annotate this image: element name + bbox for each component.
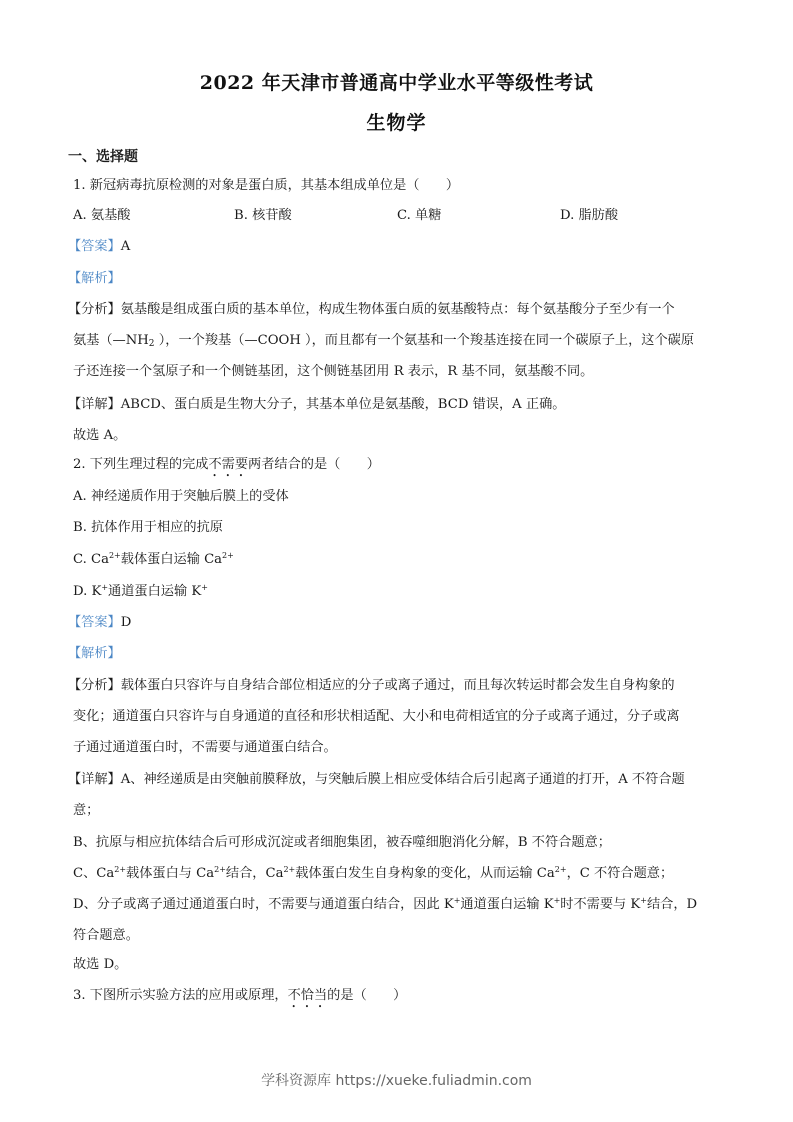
answer-value: D — [121, 615, 132, 630]
q1-conclusion: 故选 A。 — [73, 427, 126, 445]
xiangjie-label: 【详解】 — [68, 772, 121, 787]
fenxi-label: 【分析】 — [68, 302, 121, 317]
q2-option-b: B. 抗体作用于相应的抗原 — [73, 519, 223, 537]
q2-xiangjie-c: C、Ca2+载体蛋白与 Ca2+结合，Ca2+载体蛋白发生自身构象的变化，从而运… — [73, 865, 673, 883]
q2-option-a: A. 神经递质作用于突触后膜上的受体 — [73, 488, 289, 506]
q2-fenxi-line-1: 【分析】载体蛋白只容许与自身结合部位相适应的分子或离子通过，而且每次转运时都会发… — [68, 677, 675, 695]
emphasis-text: 不需要 — [208, 457, 248, 472]
q1-fenxi-line-1: 【分析】氨基酸是组成蛋白质的基本单位，构成生物体蛋白质的氨基酸特点：每个氨基酸分… — [68, 301, 675, 319]
section-heading: 一、选择题 — [68, 148, 138, 166]
q1-answer: 【答案】A — [68, 238, 130, 256]
exam-subject: 生物学 — [0, 108, 793, 135]
q1-option-c: C. 单糖 — [397, 207, 441, 225]
q1-xiangjie: 【详解】ABCD、蛋白质是生物大分子，其基本单位是氨基酸，BCD 错误，A 正确… — [68, 396, 565, 414]
q1-option-d: D. 脂肪酸 — [560, 207, 618, 225]
q2-xiangjie-a-cont: 意； — [73, 802, 99, 820]
answer-label: 【答案】 — [68, 615, 121, 630]
q1-fenxi-line-2: 氨基（—NH2 ），一个羧基（—COOH ），而且都有一个氨基和一个羧基连接在同… — [73, 332, 694, 350]
q2-xiangjie-d: D、分子或离子通过通道蛋白时，不需要与通道蛋白结合，因此 K+通道蛋白运输 K+… — [73, 896, 697, 914]
q3-stem: 3. 下图所示实验方法的应用或原理，不恰当的是（ ） — [73, 987, 406, 1011]
q2-xiangjie-b: B、抗原与相应抗体结合后可形成沉淀或者细胞集团，被吞噬细胞消化分解，B 不符合题… — [73, 834, 611, 852]
exam-title: 2022 年天津市普通高中学业水平等级性考试 — [0, 68, 793, 95]
q2-answer: 【答案】D — [68, 614, 131, 632]
q2-conclusion: 故选 D。 — [73, 956, 127, 974]
q2-option-d: D. K+通道蛋白运输 K+ — [73, 583, 208, 601]
jiexi-label: 【解析】 — [68, 645, 121, 663]
q2-fenxi-line-3: 子通过通道蛋白时，不需要与通道蛋白结合。 — [73, 739, 337, 757]
q1-stem: 1. 新冠病毒抗原检测的对象是蛋白质，其基本组成单位是（ ） — [73, 177, 459, 195]
emphasis-text: 不恰当 — [288, 988, 328, 1003]
q1-option-a: A. 氨基酸 — [73, 207, 130, 225]
q1-fenxi-line-3: 子还连接一个氢原子和一个侧链基团，这个侧链基团用 R 表示，R 基不同，氨基酸不… — [73, 363, 593, 381]
xiangjie-label: 【详解】 — [68, 397, 121, 412]
q2-stem: 2. 下列生理过程的完成不需要两者结合的是（ ） — [73, 456, 380, 480]
q2-fenxi-line-2: 变化；通道蛋白只容许与自身通道的直径和形状相适配、大小和电荷相适宜的分子或离子通… — [73, 708, 680, 726]
answer-label: 【答案】 — [68, 239, 121, 254]
answer-value: A — [121, 239, 131, 254]
exam-page: 2022 年天津市普通高中学业水平等级性考试 生物学 一、选择题 1. 新冠病毒… — [0, 0, 793, 1122]
jiexi-label: 【解析】 — [68, 270, 121, 288]
q2-option-c: C. Ca2+载体蛋白运输 Ca2+ — [73, 551, 234, 569]
q1-option-b: B. 核苷酸 — [234, 207, 292, 225]
q2-xiangjie-a: 【详解】A、神经递质是由突触前膜释放，与突触后膜上相应受体结合后引起离子通道的打… — [68, 771, 685, 789]
footer-watermark: 学科资源库 https://xueke.fuliadmin.com — [0, 1070, 793, 1090]
q2-xiangjie-d-cont: 符合题意。 — [73, 927, 139, 945]
fenxi-label: 【分析】 — [68, 678, 121, 693]
